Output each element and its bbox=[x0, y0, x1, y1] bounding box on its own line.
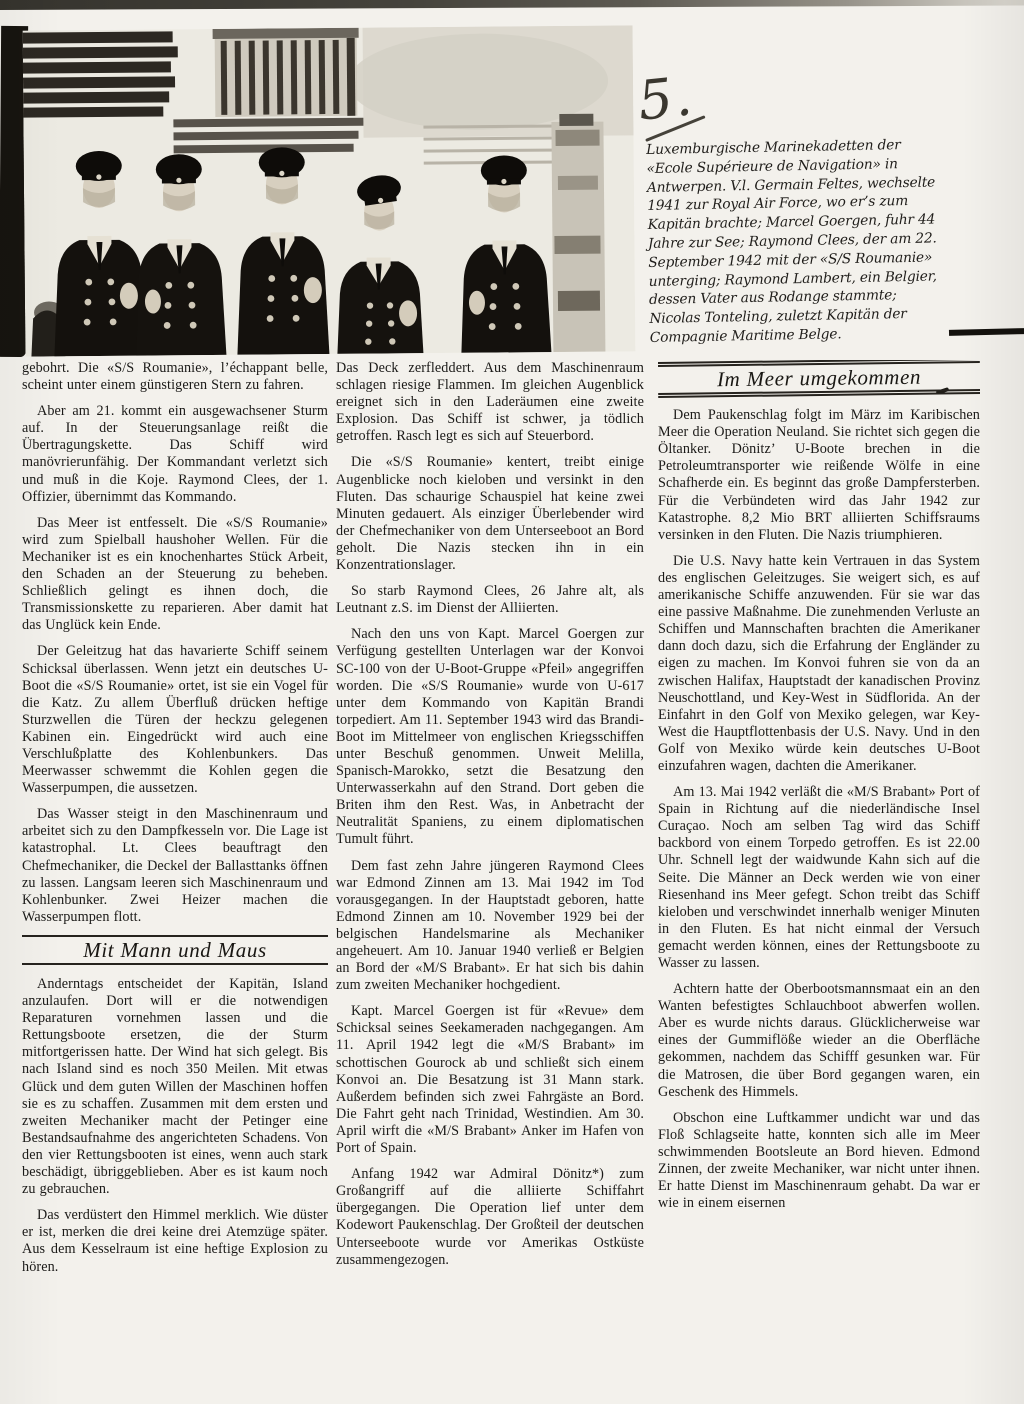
article-paragraph: Das Deck zerfleddert. Aus dem Maschinenr… bbox=[336, 360, 644, 445]
photo-caption: Luxemburgische Marinekadetten der «Ecole… bbox=[646, 135, 943, 347]
article-paragraph: Aber am 21. kommt ein ausgewachsener Stu… bbox=[22, 403, 328, 506]
article-paragraph: Dem fast zehn Jahre jüngeren Raymond Cle… bbox=[336, 858, 644, 995]
article-paragraph: gebohrt. Die «S/S Roumanie», l’échappant… bbox=[22, 360, 328, 394]
article-column-2: Das Deck zerfleddert. Aus dem Maschinenr… bbox=[336, 360, 644, 1402]
article-paragraph: Am 13. Mai 1942 verläßt die «M/S Brabant… bbox=[658, 784, 980, 972]
article-paragraph: Dem Paukenschlag folgt im März im Karibi… bbox=[658, 407, 980, 544]
cadets-photo bbox=[23, 25, 636, 356]
article-paragraph: Anfang 1942 war Admiral Dönitz*) zum Gro… bbox=[336, 1166, 644, 1269]
article-paragraph: Das verdüstert den Himmel merklich. Wie … bbox=[22, 1207, 328, 1275]
article-paragraph: Die «S/S Roumanie» kentert, treibt einig… bbox=[336, 454, 644, 574]
article-paragraph: Achtern hatte der Oberbootsmannsmaat ein… bbox=[658, 981, 980, 1101]
article-paragraph: Der Geleitzug hat das havarierte Schiff … bbox=[22, 643, 328, 797]
article-paragraph: Nach den uns von Kapt. Marcel Goergen zu… bbox=[336, 626, 644, 848]
article-paragraph: Anderntags entscheidet der Kapitän, Isla… bbox=[22, 976, 328, 1198]
scanned-magazine-page: 5. Luxemburgische Marinekadetten der «Ec… bbox=[0, 0, 1024, 1404]
scan-mark-right bbox=[949, 328, 1024, 336]
article-column-3: Im Meer umgekommenDem Paukenschlag folgt… bbox=[658, 360, 980, 1402]
section-heading-text: Im Meer umgekommen bbox=[660, 368, 978, 389]
article-column-1: gebohrt. Die «S/S Roumanie», l’échappant… bbox=[22, 360, 328, 1402]
article-paragraph: Die U.S. Navy hatte kein Vertrauen in da… bbox=[658, 553, 980, 775]
article-paragraph: Obschon eine Luftkammer undicht war und … bbox=[658, 1110, 980, 1213]
article-paragraph: So starb Raymond Clees, 26 Jahre alt, al… bbox=[336, 583, 644, 617]
article-paragraph: Kapt. Marcel Goergen ist für «Revue» dem… bbox=[336, 1003, 644, 1157]
scan-edge-top bbox=[0, 0, 1024, 10]
section-heading: Mit Mann und Maus bbox=[22, 935, 328, 965]
section-heading: Im Meer umgekommen bbox=[658, 360, 980, 398]
handwritten-five: 5. bbox=[636, 66, 731, 129]
cadets-photo-illustration bbox=[23, 25, 636, 356]
section-heading-text: Mit Mann und Maus bbox=[24, 942, 326, 959]
article-paragraph: Das Meer ist entfesselt. Die «S/S Rouman… bbox=[22, 515, 328, 635]
article-paragraph: Das Wasser steigt in den Maschinenraum u… bbox=[22, 806, 328, 926]
